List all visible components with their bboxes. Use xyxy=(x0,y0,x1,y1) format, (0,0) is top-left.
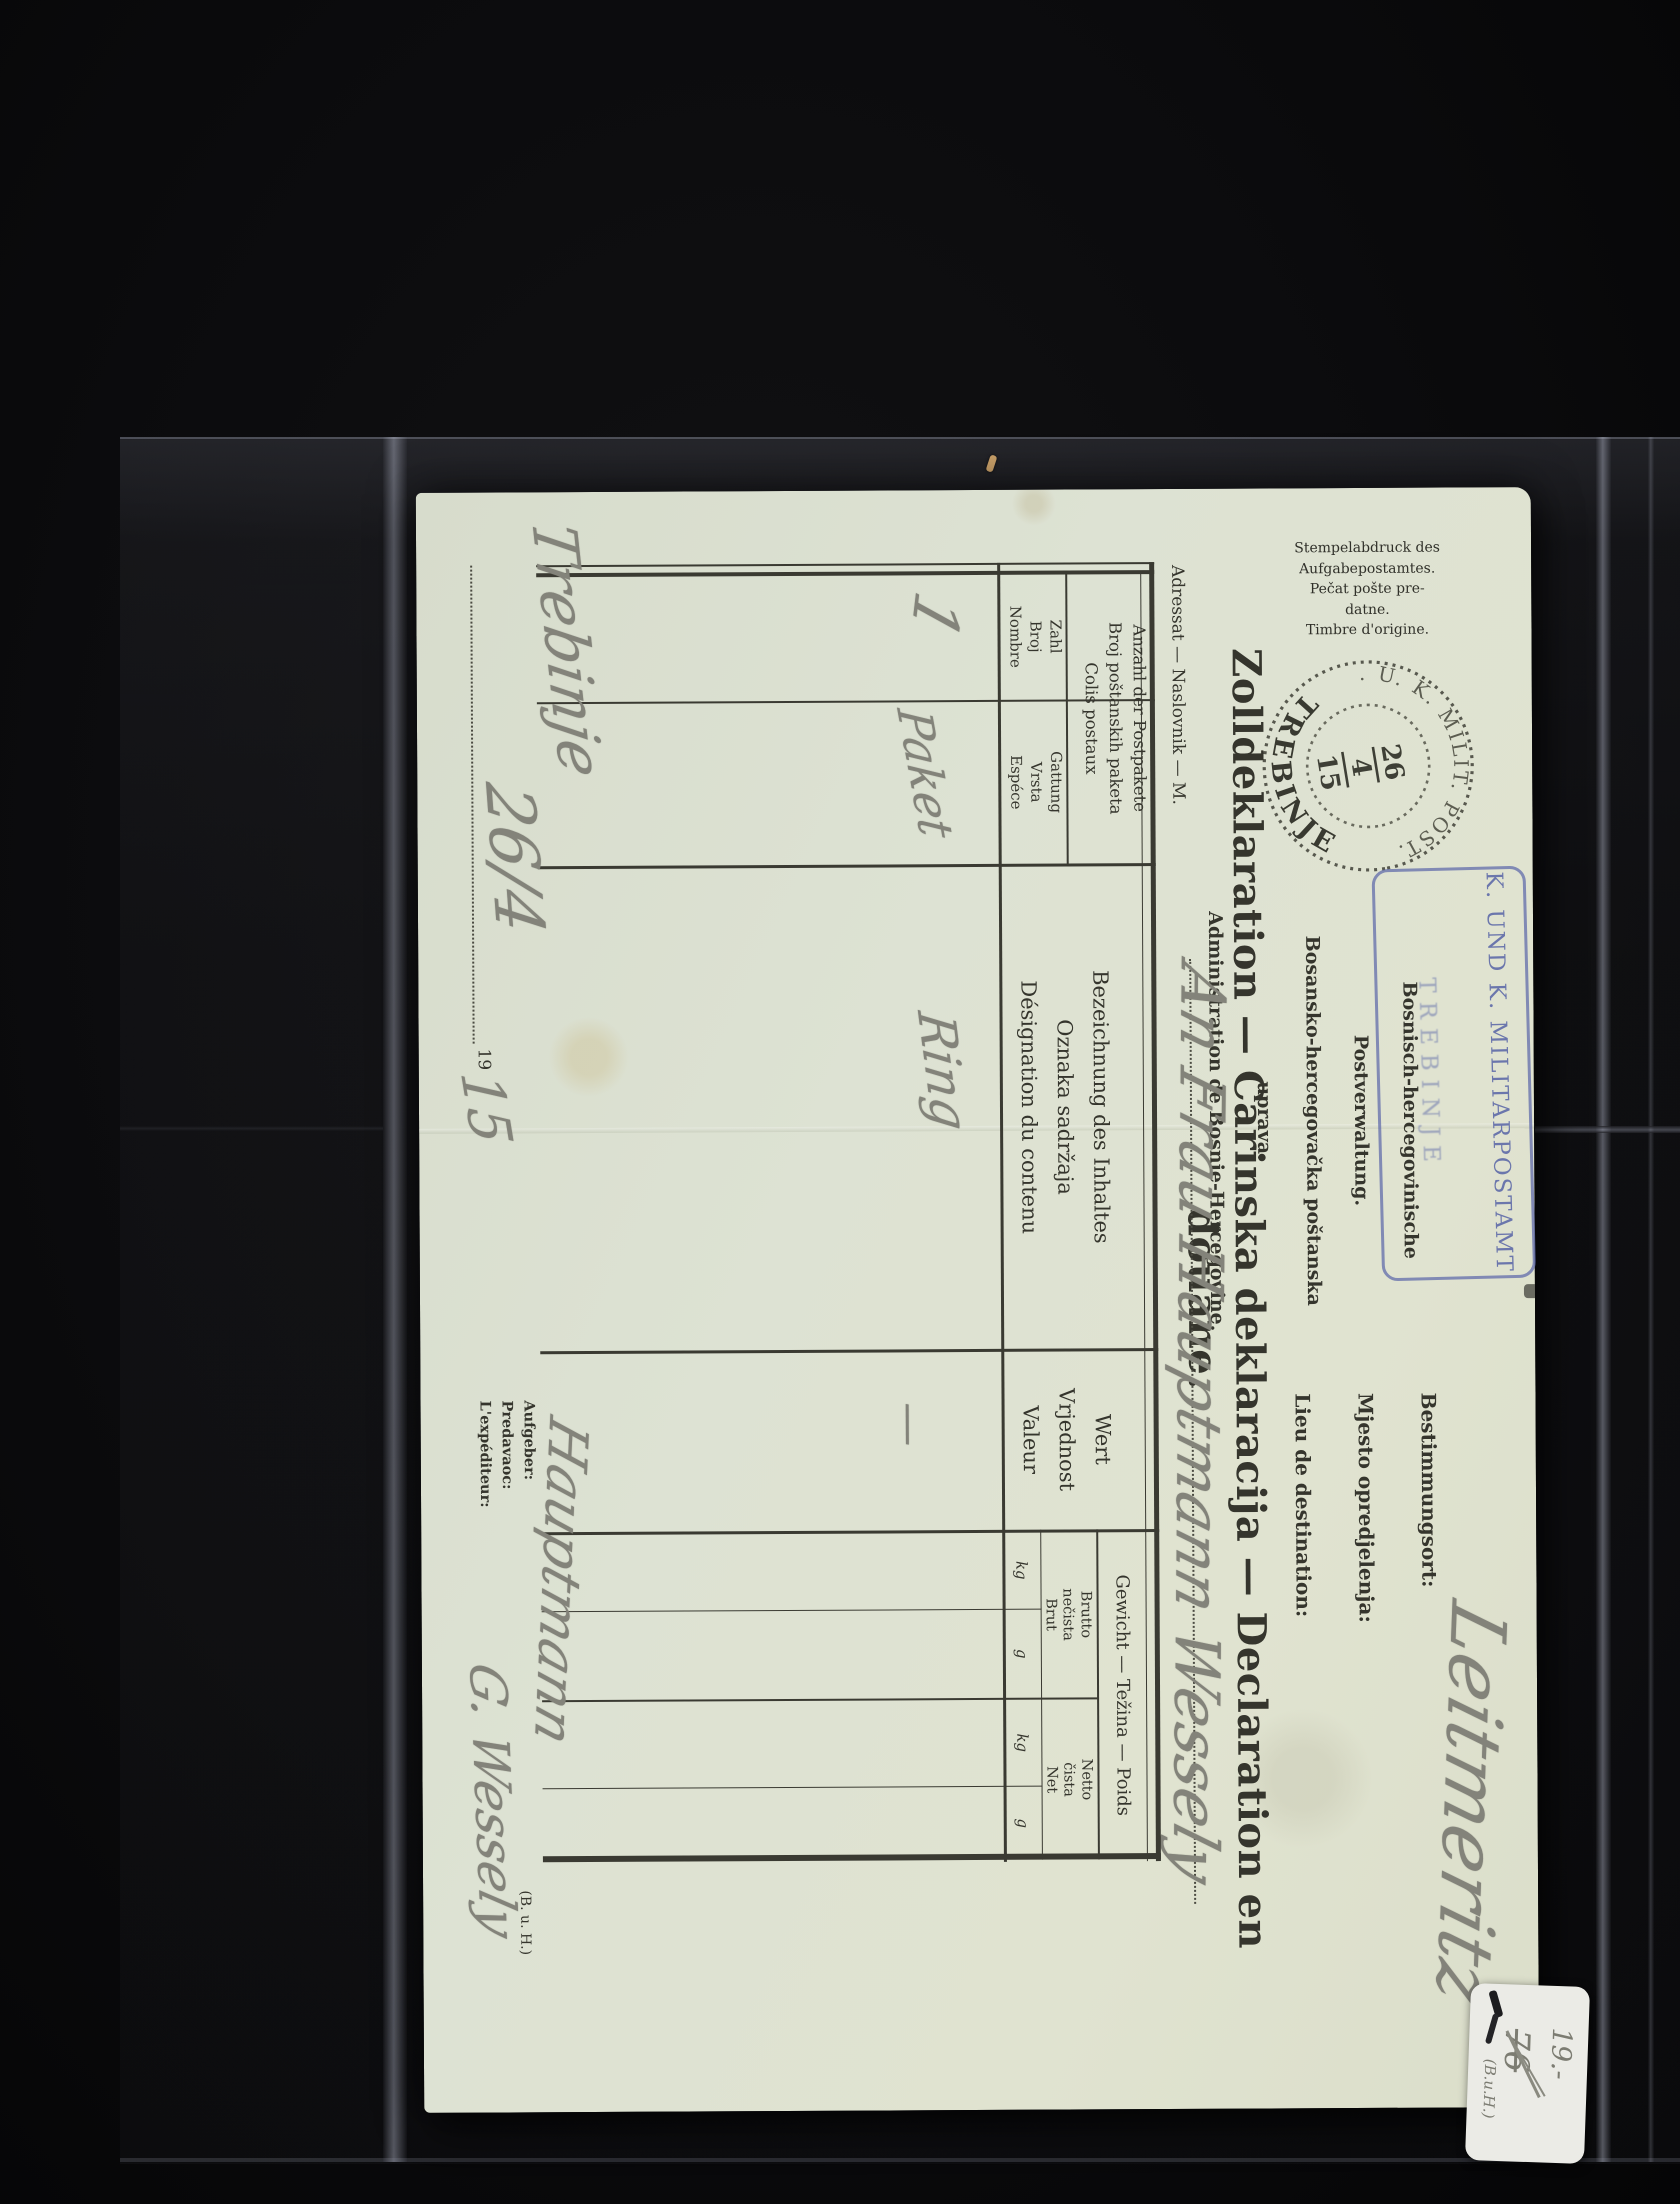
sleeve-highlight-right-2 xyxy=(1648,437,1654,2162)
table-left-outer-rule xyxy=(536,562,1154,567)
destination-label-fr: Lieu de destination: xyxy=(1290,1393,1315,1617)
net-sub-line: Net xyxy=(1042,1700,1060,1860)
entry-count-handwriting: 1 xyxy=(896,583,972,648)
printed-year-prefix: 19 xyxy=(474,1049,494,1071)
entry-kind-handwriting: Paket xyxy=(886,708,965,839)
unit-g-gross: g xyxy=(1013,1610,1031,1698)
form-content-rotated: Stempelabdruck des Aufgabepostamtes. Peč… xyxy=(416,487,1539,2113)
kind-sub-line: Espéce xyxy=(1006,701,1027,864)
parcels-header-line: Anzahl der Postpakete xyxy=(1126,573,1152,863)
value-header-line: Wert xyxy=(1084,1349,1121,1529)
gross-subheader: Brutto nečista Brut xyxy=(1041,1531,1094,1697)
postmark-trebinje: K. U. K. MILIT. POST. B TREBINJE 26 4 15 xyxy=(1240,637,1497,894)
addressee-printed-label: Adressat — Naslovnik — M. xyxy=(1167,565,1188,805)
entry-contents-handwriting: Ring xyxy=(906,1009,980,1133)
destination-label-bs: Mjesto opredjelenja: xyxy=(1353,1393,1378,1623)
contents-header-line: Bezeichnung des Inhaltes xyxy=(1082,866,1121,1347)
kind-sub-line: Vrsta xyxy=(1026,701,1047,864)
gross-sub-line: Brutto xyxy=(1076,1531,1094,1697)
unit-kg-gross: kg xyxy=(1012,1532,1030,1609)
sleeve-highlight-right xyxy=(1596,437,1611,2162)
album-photo: Stempelabdruck des Aufgabepostamtes. Peč… xyxy=(0,0,1680,2204)
signature-name-handwriting: G. Wessely xyxy=(458,1658,528,1944)
stamp-box-line: datne. xyxy=(1261,599,1473,621)
sender-place-handwriting: Trebinje xyxy=(517,517,617,781)
stamp-box-line: Stempelabdruck des xyxy=(1261,537,1473,559)
parcels-header-line: Broj poštanskih paketa xyxy=(1102,573,1128,863)
stamp-box-line: Timbre d'origine. xyxy=(1261,619,1473,641)
entry-value-handwriting: — xyxy=(885,1402,936,1446)
count-subheader: Zahl Broj Nombre xyxy=(1005,574,1066,700)
destination-handwriting: Leitmeritz xyxy=(1419,1593,1522,2017)
dealer-label: 76 19.- (B.u.H.) xyxy=(1465,1983,1590,2164)
admin-line: Bosnisch-hercegovinische Postverwaltung. xyxy=(1336,893,1435,1349)
count-sub-line: Zahl xyxy=(1045,574,1066,700)
stamp-box-line: Aufgabepostamtes. xyxy=(1261,558,1473,580)
sender-label-fr: L'expéditeur: xyxy=(477,1401,495,1508)
contents-header-line: Oznaka sadržaja xyxy=(1046,866,1085,1347)
postmark-month: 4 xyxy=(1344,756,1377,779)
contents-header: Bezeichnung des Inhaltes Oznaka sadržaja… xyxy=(1010,866,1121,1348)
postmark-day: 26 xyxy=(1374,742,1409,783)
kind-subheader: Gattung Vrsta Espéce xyxy=(1006,701,1067,864)
postmark-year: 15 xyxy=(1310,752,1345,793)
sender-date-handwriting: 26/4 xyxy=(470,779,559,937)
document-paper: Stempelabdruck des Aufgabepostamtes. Peč… xyxy=(416,487,1539,2113)
addressee-handwriting: An Frau Hauptmann Wessely xyxy=(1159,956,1240,1893)
unit-g-net: g xyxy=(1014,1787,1032,1860)
count-sub-line: Nombre xyxy=(1005,574,1026,700)
net-sub-line: čista xyxy=(1059,1699,1077,1859)
net-sub-line: Netto xyxy=(1077,1699,1095,1859)
weight-subheader-rule xyxy=(1096,1529,1100,1859)
destination-label-de: Bestimmungsort: xyxy=(1416,1393,1441,1588)
sender-year-handwriting: 15 xyxy=(447,1071,525,1144)
weight-header: Gewicht — Težina — Poids xyxy=(1111,1531,1134,1859)
stamp-box-line: Pečat pošte pre- xyxy=(1261,578,1473,600)
parcels-header-line: Colis postaux xyxy=(1078,573,1104,863)
value-header-line: Valeur xyxy=(1012,1350,1049,1530)
value-header-line: Vrjednost xyxy=(1048,1349,1085,1529)
kg-g-rule-net xyxy=(543,1786,1043,1790)
cachet-line1: K. UND K. MILITARPOSTAMT xyxy=(1480,869,1517,1276)
kind-sub-line: Gattung xyxy=(1046,701,1067,864)
sleeve-seam-right xyxy=(1535,1126,1680,1133)
label-code: (B.u.H.) xyxy=(1479,2058,1499,2118)
kg-g-rule-gross xyxy=(542,1609,1042,1613)
parcels-header: Anzahl der Postpakete Broj poštanskih pa… xyxy=(1078,573,1152,863)
contents-header-line: Désignation du contenu xyxy=(1010,867,1049,1348)
net-subheader: Netto čista Net xyxy=(1042,1699,1095,1859)
sleeve-seam-left xyxy=(120,1126,383,1131)
count-sub-line: Broj xyxy=(1025,574,1046,700)
value-header: Wert Vrjednost Valeur xyxy=(1012,1349,1121,1530)
sender-label-bs: Predavaoc: xyxy=(499,1400,516,1489)
sleeve-highlight-left xyxy=(383,437,407,2162)
label-price: 19.- xyxy=(1544,2027,1577,2080)
unit-kg-net: kg xyxy=(1013,1700,1031,1786)
gross-sub-line: nečista xyxy=(1058,1531,1076,1697)
gross-sub-line: Brut xyxy=(1041,1532,1059,1698)
sleeve-bottom-edge xyxy=(120,2158,1680,2162)
